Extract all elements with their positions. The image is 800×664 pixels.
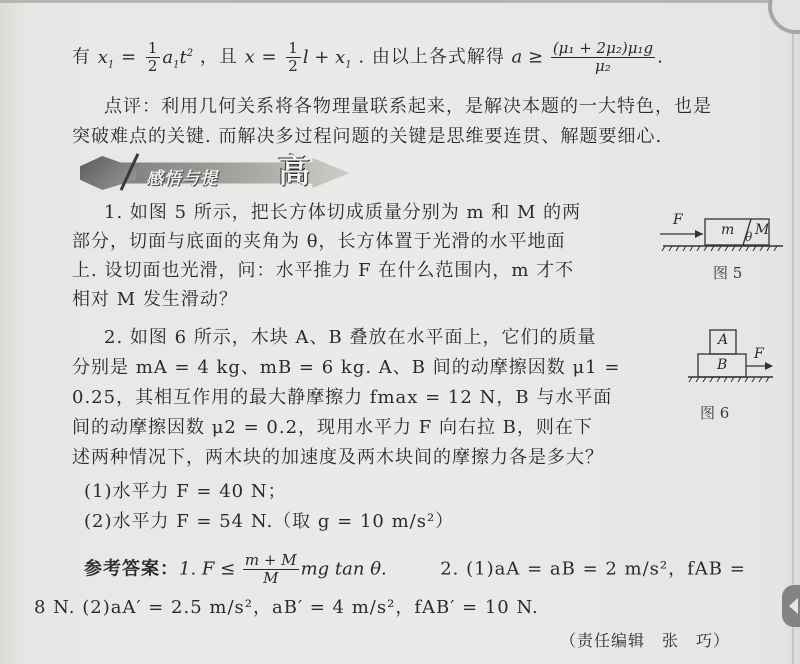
var-x1: x1 [98,47,115,68]
problem-2-line-3: 0.25，其相互作用的最大静摩擦力 fmax = 12 N，B 与水平面 [72,387,612,409]
problem-2-subitem-2: (2)水平力 F = 54 N.（取 g = 10 m/s²） [84,511,454,533]
fraction-result: (μ₁ + 2μ₂)μ₁gμ₂ [551,40,655,75]
answer-2-part-1: 2. (1)aA = aB = 2 m/s²，fAB = [440,559,746,580]
figure-5-label-force: F [673,212,683,228]
text-and: ，且 [200,47,245,68]
expr-a-geq: a ≥ [512,47,549,68]
answer-1-tail: mg tan θ. [301,559,387,580]
banner-title: 感悟与提 [146,164,218,189]
page-edge-rule [792,30,794,664]
var-x: x [245,47,255,68]
figure-5-label-M: M [755,222,769,238]
problem-1-line-1: 1. 如图 5 所示，把长方体切成质量分别为 m 和 M 的两 [104,202,581,224]
expr-l-plus-x1: l + x1 [303,47,352,68]
comment-line-1: 点评：利用几何关系将各物理量联系起来，是解决本题的一大特色，也是 [104,96,712,118]
banner-title-big-char: 高 [278,146,310,192]
fraction-half: 12 [146,40,161,75]
problem-2-line-5: 述两种情况下，两木块的加速度及两木块间的摩擦力各是多大？ [72,447,604,469]
var-a1t2: a1t2 [162,47,193,68]
text-you: 有 [72,47,98,68]
figure-6-label-A: A [718,332,728,348]
editor-credit: （责任编辑 张 巧） [560,630,730,652]
equals-sign: = [121,47,137,68]
figure-5: F m M θ 图 5 [655,200,785,280]
problem-2-line-1: 2. 如图 6 所示，木块 A、B 叠放在水平面上，它们的质量 [104,327,596,349]
text-solve: . 由以上各式解得 [358,47,511,68]
figure-5-caption: 图 5 [713,262,742,283]
intro-equation-line: 有 x1 = 12a1t2 ，且 x = 12l + x1 . 由以上各式解得 … [72,40,664,75]
figure-6: A B F 图 6 [688,326,788,421]
equals-sign: = [261,47,277,68]
figure-6-caption: 图 6 [700,402,729,423]
figure-6-label-force: F [754,346,764,362]
period: . [657,47,664,68]
answers-line-2: 8 N. (2)aA′ = 2.5 m/s²，aB′ = 4 m/s²，fAB′… [34,597,539,619]
problem-2-line-4: 间的动摩擦因数 μ2 = 0.2，现用水平力 F 向右拉 B，则在下 [72,417,593,439]
figure-5-label-theta: θ [745,230,752,244]
answers-label: 参考答案： [84,559,179,580]
fraction-half: 12 [286,40,301,75]
figure-6-label-B: B [717,357,727,373]
problem-2-line-2: 分别是 mA = 4 kg、mB = 6 kg. A、B 间的动摩擦因数 μ1 … [72,357,620,379]
answer-1-fraction: m + MM [243,552,299,587]
figure-5-label-m: m [721,222,734,238]
figure-6-diagram [688,326,788,386]
comment-line-2: 突破难点的关键. 而解决多过程问题的关键是思维要连贯、解题要细心. [72,126,662,148]
answer-1-prefix: 1. F ≤ [179,559,241,580]
banner-arrow-icon [100,158,350,188]
section-banner: 感悟与提 高 [80,152,355,196]
top-rule [0,0,770,3]
problem-1-line-4: 相对 M 发生滑动？ [72,289,238,311]
problem-1-line-3: 上. 设切面也光滑，问：水平推力 F 在什么范围内，m 才不 [72,260,574,282]
problem-2-subitem-1: (1)水平力 F = 40 N； [84,481,287,503]
page-tab-arrow-icon[interactable] [782,585,800,627]
problem-1-line-2: 部分，切面与底面的夹角为 θ，长方体置于光滑的水平地面 [72,231,566,253]
answers-line-1: 参考答案：1. F ≤ m + MMmg tan θ. 2. (1)aA = a… [84,552,746,587]
